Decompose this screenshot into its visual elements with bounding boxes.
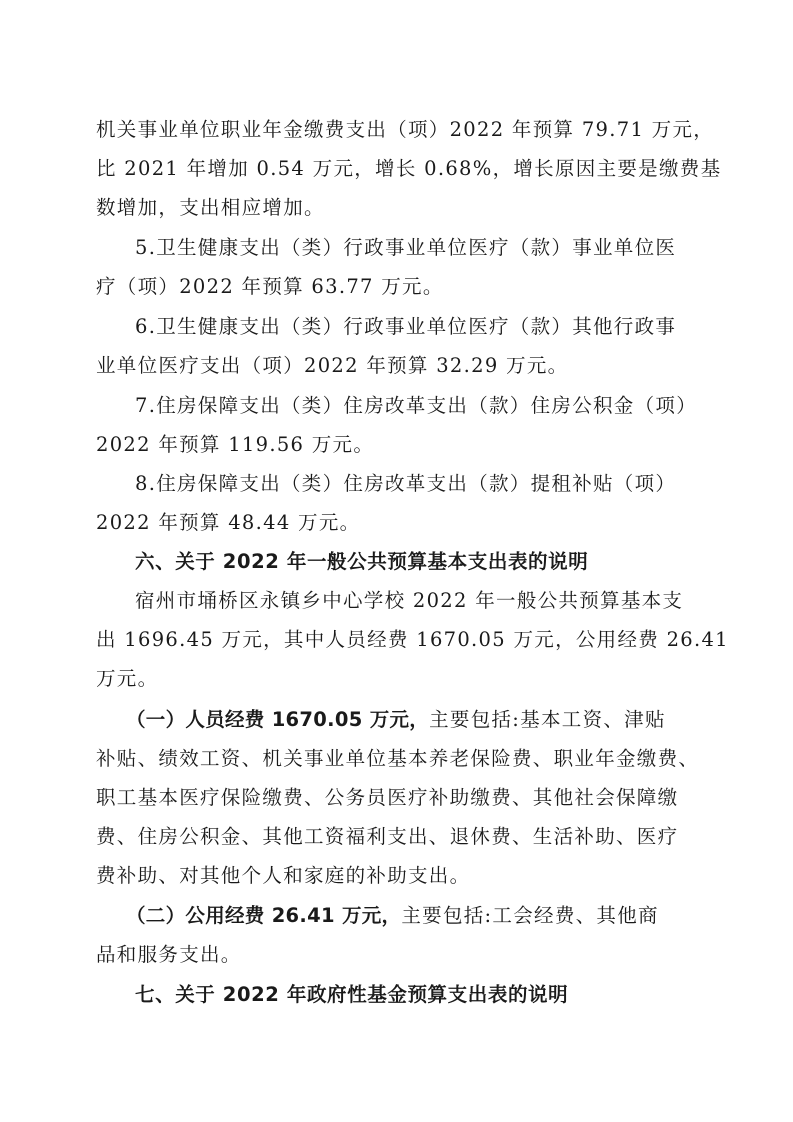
personnel-line: 费补助、对其他个人和家庭的补助支出。	[96, 856, 470, 895]
text-line: 比 2021 年增加 0.54 万元，增长 0.68%，增长原因主要是缴费基	[96, 149, 721, 188]
section-6-para-line: 万元。	[96, 659, 158, 698]
text-line: 数增加，支出相应增加。	[96, 188, 325, 227]
personnel-first-line: （一）人员经费 1670.05 万元，主要包括:基本工资、津贴	[126, 700, 666, 739]
section-6-heading: 六、关于 2022 年一般公共预算基本支出表的说明	[135, 542, 588, 581]
public-lead: （二）公用经费 26.41 万元，	[126, 904, 401, 927]
item-6-line-1: 6.卫生健康支出（类）行政事业单位医疗（款）其他行政事	[135, 307, 676, 346]
section-6-para-line: 宿州市埇桥区永镇乡中心学校 2022 年一般公共预算基本支	[135, 581, 683, 620]
personnel-lead: （一）人员经费 1670.05 万元，	[126, 708, 429, 731]
item-7-line-2: 2022 年预算 119.56 万元。	[96, 425, 374, 464]
section-7-heading: 七、关于 2022 年政府性基金预算支出表的说明	[135, 975, 568, 1014]
item-7-line-1: 7.住房保障支出（类）住房改革支出（款）住房公积金（项）	[135, 386, 697, 425]
personnel-line: 费、住房公积金、其他工资福利支出、退休费、生活补助、医疗	[96, 817, 678, 856]
personnel-line: 补贴、绩效工资、机关事业单位基本养老保险费、职业年金缴费、	[96, 739, 699, 778]
item-6-line-2: 业单位医疗支出（项）2022 年预算 32.29 万元。	[96, 346, 568, 385]
item-8-line-1: 8.住房保障支出（类）住房改革支出（款）提租补贴（项）	[135, 464, 676, 503]
public-rest: 主要包括:工会经费、其他商	[401, 904, 658, 927]
item-5-line-1: 5.卫生健康支出（类）行政事业单位医疗（款）事业单位医	[135, 228, 676, 267]
public-line: 品和服务支出。	[96, 935, 242, 974]
item-5-line-2: 疗（项）2022 年预算 63.77 万元。	[96, 267, 444, 306]
item-8-line-2: 2022 年预算 48.44 万元。	[96, 503, 360, 542]
text-line: 机关事业单位职业年金缴费支出（项）2022 年预算 79.71 万元，	[96, 110, 714, 149]
personnel-rest: 主要包括:基本工资、津贴	[429, 708, 666, 731]
section-6-para-line: 出 1696.45 万元，其中人员经费 1670.05 万元，公用经费 26.4…	[96, 620, 729, 659]
public-first-line: （二）公用经费 26.41 万元，主要包括:工会经费、其他商	[126, 896, 659, 935]
personnel-line: 职工基本医疗保险缴费、公务员医疗补助缴费、其他社会保障缴	[96, 778, 678, 817]
